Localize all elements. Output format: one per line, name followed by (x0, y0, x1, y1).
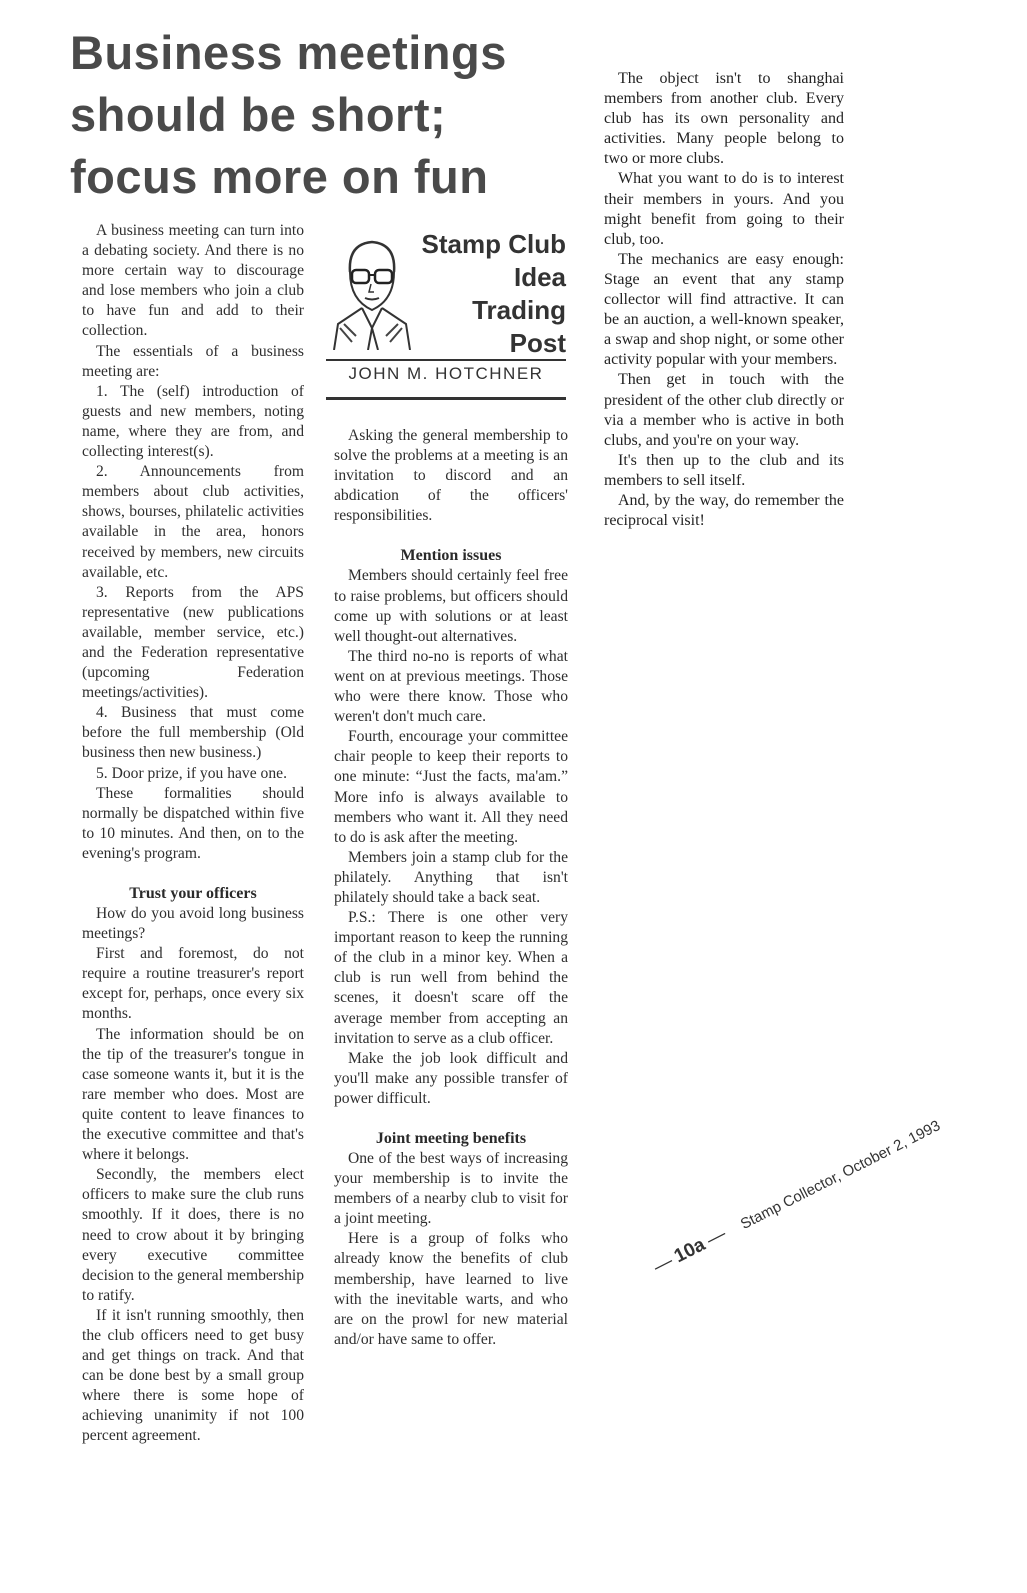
paragraph: 5. Door prize, if you have one. (82, 764, 304, 784)
article-column-1: A business meeting can turn into a debat… (82, 221, 304, 1447)
subhead-trust-your-officers: Trust your officers (82, 884, 304, 904)
paragraph: It's then up to the club and its members… (604, 451, 844, 491)
paragraph: Members join a stamp club for the philat… (334, 848, 568, 908)
headline-line-3: focus more on fun (70, 146, 570, 208)
paragraph: What you want to do is to interest their… (604, 169, 844, 249)
article-column-3: The object isn't to shanghai members fro… (604, 69, 844, 531)
paragraph: 2. Announcements from members about club… (82, 462, 304, 583)
paragraph: And, by the way, do remember the recipro… (604, 491, 844, 531)
column-title-line: Trading (422, 294, 566, 327)
page-number: 10a (671, 1234, 709, 1267)
column-title: Stamp Club Idea Trading Post (422, 228, 566, 360)
paragraph: 1. The (self) introduction of guests and… (82, 382, 304, 462)
paragraph: A business meeting can turn into a debat… (82, 221, 304, 342)
divider (326, 359, 566, 361)
paragraph: Then get in touch with the president of … (604, 370, 844, 450)
paragraph: Secondly, the members elect officers to … (82, 1165, 304, 1306)
paragraph: Fourth, encourage your committee chair p… (334, 727, 568, 848)
author-portrait-icon (332, 232, 412, 350)
paragraph: P.S.: There is one other very important … (334, 908, 568, 1049)
headline-line-2: should be short; (70, 84, 570, 146)
paragraph: One of the best ways of increasing your … (334, 1149, 568, 1229)
column-title-line: Stamp Club (422, 228, 566, 261)
paragraph: Members should certainly feel free to ra… (334, 566, 568, 646)
paragraph: Asking the general membership to solve t… (334, 426, 568, 526)
footer-dash: — (703, 1224, 729, 1251)
paragraph: Make the job look difficult and you'll m… (334, 1049, 568, 1109)
column-header: Stamp Club Idea Trading Post JOHN M. HOT… (326, 222, 574, 407)
paragraph: First and foremost, do not require a rou… (82, 944, 304, 1024)
paragraph: The information should be on the tip of … (82, 1025, 304, 1166)
footer-dash: — (650, 1251, 676, 1278)
paragraph: The object isn't to shanghai members fro… (604, 69, 844, 169)
byline: JOHN M. HOTCHNER (326, 364, 566, 384)
article-column-2: Asking the general membership to solve t… (334, 426, 568, 1350)
paragraph: These formalities should normally be dis… (82, 784, 304, 864)
paragraph: 4. Business that must come before the fu… (82, 703, 304, 763)
paragraph: How do you avoid long business meetings? (82, 904, 304, 944)
page-footer: — 10a — Stamp Collector, October 2, 1993 (650, 1114, 944, 1278)
headline-line-1: Business meetings (70, 22, 570, 84)
paragraph: The third no-no is reports of what went … (334, 647, 568, 727)
publication-dateline: Stamp Collector, October 2, 1993 (738, 1117, 943, 1233)
column-title-line: Idea (422, 261, 566, 294)
paragraph: The mechanics are easy enough: Stage an … (604, 250, 844, 371)
paragraph: Here is a group of folks who already kno… (334, 1229, 568, 1350)
paragraph: The essentials of a business meeting are… (82, 342, 304, 382)
paragraph: 3. Reports from the APS representative (… (82, 583, 304, 704)
headline: Business meetings should be short; focus… (70, 22, 570, 208)
paragraph: If it isn't running smoothly, then the c… (82, 1306, 304, 1447)
subhead-mention-issues: Mention issues (334, 546, 568, 566)
divider (326, 397, 566, 400)
subhead-joint-meeting-benefits: Joint meeting benefits (334, 1129, 568, 1149)
column-title-line: Post (422, 327, 566, 360)
